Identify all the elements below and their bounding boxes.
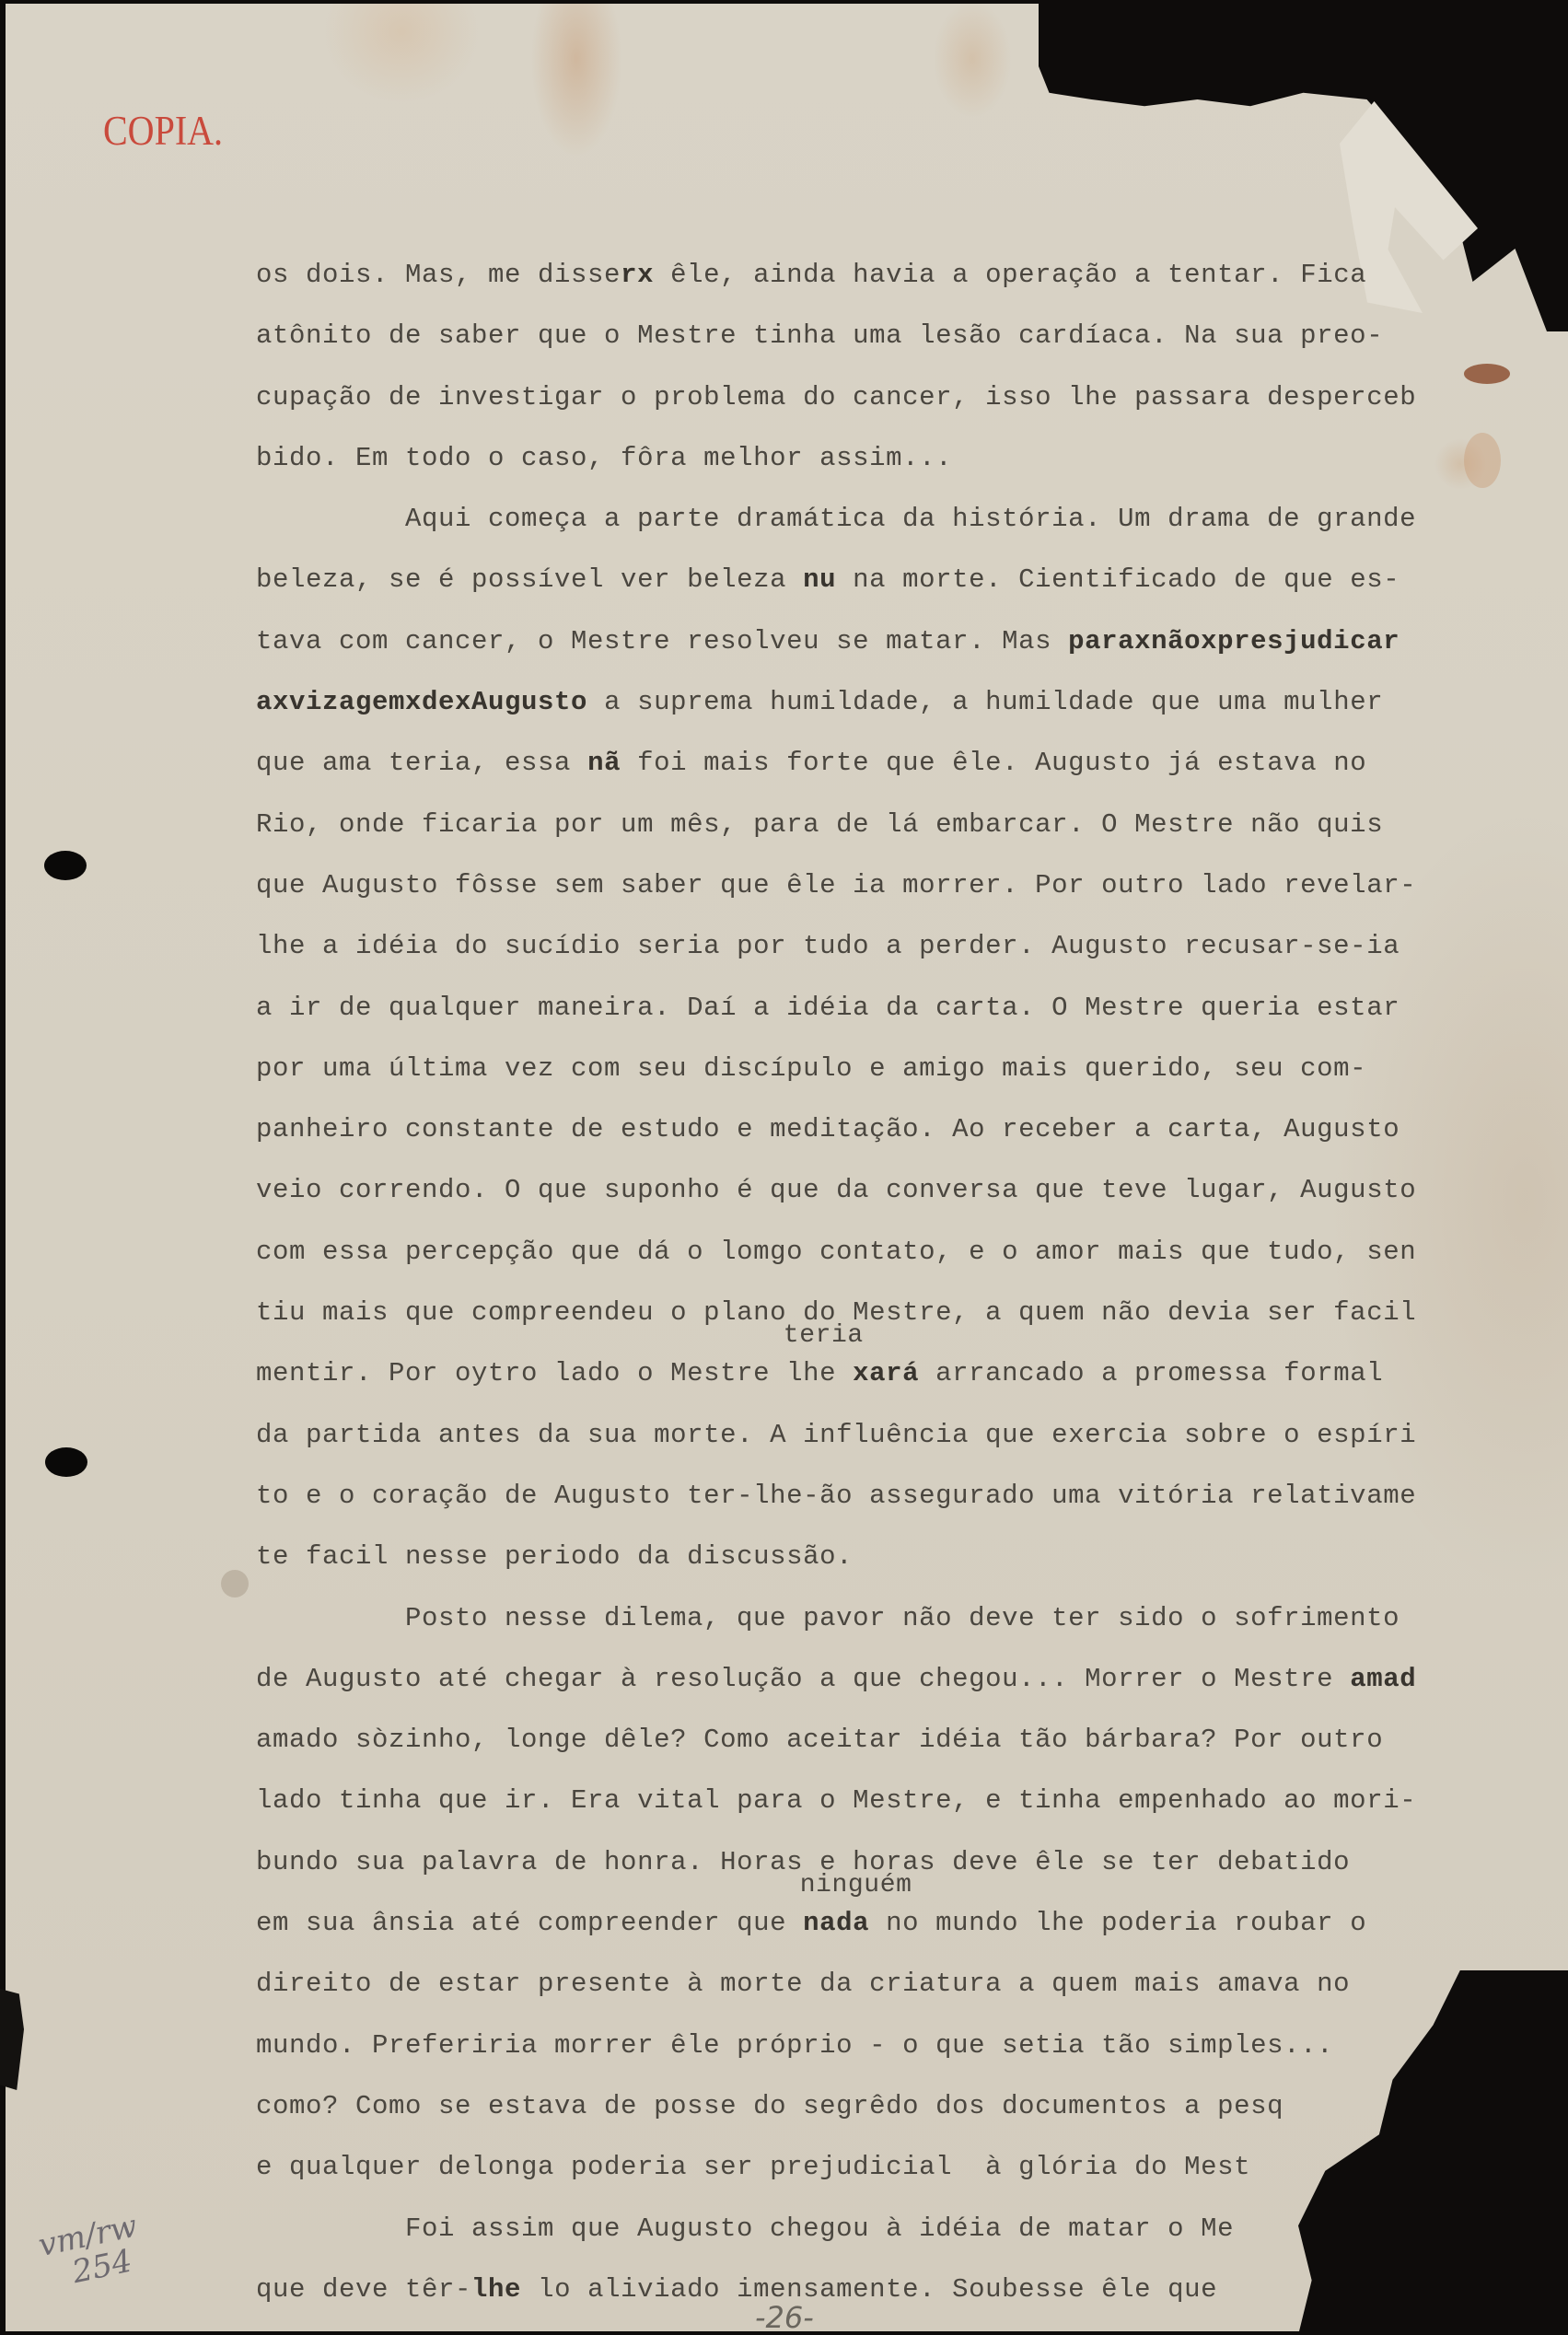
text-line: panheiro constante de estudo e meditação… — [256, 1099, 1563, 1160]
text-line: direito de estar presente à morte da cri… — [256, 1954, 1563, 2015]
text-line: os dois. Mas, me disserx êle, ainda havi… — [256, 245, 1563, 306]
text-line: que deve têr-lhe lo aliviado imensamente… — [256, 2259, 1563, 2320]
struck-out-text: axvizagemxdexAugusto — [256, 687, 587, 717]
text-segment: como? Como se estava de posse do segrêdo… — [256, 2091, 1283, 2121]
text-line: veio correndo. O que suponho é que da co… — [256, 1160, 1563, 1221]
text-line: que Augusto fôsse sem saber que êle ia m… — [256, 855, 1563, 916]
text-segment: te facil nesse periodo da discussão. — [256, 1541, 853, 1572]
text-segment: panheiro constante de estudo e meditação… — [256, 1114, 1400, 1144]
text-line: mundo. Preferiria morrer êle próprio - o… — [256, 2016, 1563, 2076]
text-segment: lo aliviado imensamente. Soubesse êle qu… — [521, 2274, 1217, 2305]
text-segment: êle, ainda havia a operação a tentar. Fi… — [654, 260, 1366, 290]
text-line: e qualquer delonga poderia ser prejudici… — [256, 2137, 1563, 2198]
text-line: amado sòzinho, longe dêle? Como aceitar … — [256, 1710, 1563, 1771]
text-segment: que deve têr- — [256, 2274, 471, 2305]
typewritten-body: os dois. Mas, me disserx êle, ainda havi… — [256, 245, 1563, 2320]
text-line: te facil nesse periodo da discussão. — [256, 1527, 1563, 1587]
struck-out-text: rx — [621, 260, 654, 290]
text-segment: no mundo lhe poderia roubar o — [869, 1908, 1366, 1938]
text-segment: Foi assim que Augusto chegou à idéia de … — [405, 2213, 1234, 2244]
text-segment: a ir de qualquer maneira. Daí a idéia da… — [256, 993, 1400, 1023]
text-segment: bido. Em todo o caso, fôra melhor assim.… — [256, 443, 952, 473]
text-segment: que ama teria, essa — [256, 748, 587, 778]
text-line: da partida antes da sua morte. A influên… — [256, 1405, 1563, 1466]
text-line: tiu mais que compreendeu o plano do Mest… — [256, 1283, 1563, 1343]
text-line: como? Como se estava de posse do segrêdo… — [256, 2076, 1563, 2137]
text-line: de Augusto até chegar à resolução a que … — [256, 1649, 1563, 1710]
text-segment: lado tinha que ir. Era vital para o Mest… — [256, 1785, 1416, 1816]
text-line: Posto nesse dilema, que pavor não deve t… — [256, 1588, 1563, 1649]
text-segment: mundo. Preferiria morrer êle próprio - o… — [256, 2030, 1333, 2061]
text-segment: na morte. Cientificado de que es- — [836, 564, 1400, 595]
text-line: em sua ânsia até compreender que nada no… — [256, 1893, 1563, 1954]
punch-hole-upper — [44, 851, 87, 880]
struck-out-text: amad — [1350, 1664, 1416, 1694]
interlinear-correction: teria — [784, 1323, 864, 1349]
text-segment: da partida antes da sua morte. A influên… — [256, 1420, 1416, 1450]
text-segment: cupação de investigar o problema do canc… — [256, 382, 1416, 412]
struck-out-text: nu — [803, 564, 836, 595]
text-line: atônito de saber que o Mestre tinha uma … — [256, 306, 1563, 366]
struck-out-text: lhe — [471, 2274, 521, 2305]
text-segment: arrancado a promessa formal — [919, 1358, 1383, 1388]
text-line: por uma última vez com seu discípulo e a… — [256, 1039, 1563, 1099]
text-segment: de Augusto até chegar à resolução a que … — [256, 1664, 1350, 1694]
page-number: -26- — [755, 2300, 814, 2335]
punch-hole-lower — [45, 1447, 87, 1477]
struck-out-text: paraxnãoxpresjudicar — [1068, 626, 1400, 656]
text-line: cupação de investigar o problema do canc… — [256, 367, 1563, 428]
text-line: Foi assim que Augusto chegou à idéia de … — [256, 2199, 1563, 2259]
text-line: com essa percepção que dá o lomgo contat… — [256, 1222, 1563, 1283]
text-segment: que Augusto fôsse sem saber que êle ia m… — [256, 870, 1416, 900]
struck-out-text: nã — [587, 748, 621, 778]
text-line: que ama teria, essa nã foi mais forte qu… — [256, 733, 1563, 794]
text-line: bido. Em todo o caso, fôra melhor assim.… — [256, 428, 1563, 489]
text-segment: lhe a idéia do sucídio seria por tudo a … — [256, 931, 1400, 961]
text-segment: direito de estar presente à morte da cri… — [256, 1969, 1350, 1999]
text-line: mentir. Por oytro lado o Mestre lhe xará… — [256, 1343, 1563, 1404]
text-segment: amado sòzinho, longe dêle? Como aceitar … — [256, 1725, 1383, 1755]
text-segment: com essa percepção que dá o lomgo contat… — [256, 1237, 1416, 1267]
text-line: axvizagemxdexAugusto a suprema humildade… — [256, 672, 1563, 733]
text-line: lado tinha que ir. Era vital para o Mest… — [256, 1771, 1563, 1831]
text-segment: beleza, se é possível ver beleza — [256, 564, 803, 595]
text-line: to e o coração de Augusto ter-lhe-ão ass… — [256, 1466, 1563, 1527]
text-line: Aqui começa a parte dramática da históri… — [256, 489, 1563, 550]
struck-out-text: xará — [853, 1358, 919, 1388]
text-line: beleza, se é possível ver beleza nu na m… — [256, 550, 1563, 610]
text-segment: por uma última vez com seu discípulo e a… — [256, 1053, 1366, 1084]
text-line: lhe a idéia do sucídio seria por tudo a … — [256, 916, 1563, 977]
text-segment: tava com cancer, o Mestre resolveu se ma… — [256, 626, 1068, 656]
paper-stain — [221, 1570, 249, 1597]
text-segment: em sua ânsia até compreender que — [256, 1908, 803, 1938]
text-segment: e qualquer delonga poderia ser prejudici… — [256, 2152, 1250, 2182]
text-segment: os dois. Mas, me disse — [256, 260, 621, 290]
text-segment: Posto nesse dilema, que pavor não deve t… — [405, 1603, 1400, 1633]
struck-out-text: nada — [803, 1908, 869, 1938]
text-line: Rio, onde ficaria por um mês, para de lá… — [256, 795, 1563, 855]
text-line: tava com cancer, o Mestre resolveu se ma… — [256, 611, 1563, 672]
text-segment: Rio, onde ficaria por um mês, para de lá… — [256, 809, 1383, 840]
text-segment: Aqui começa a parte dramática da históri… — [405, 504, 1416, 534]
text-segment: a suprema humildade, a humildade que uma… — [587, 687, 1383, 717]
text-line: a ir de qualquer maneira. Daí a idéia da… — [256, 978, 1563, 1039]
text-segment: atônito de saber que o Mestre tinha uma … — [256, 320, 1383, 351]
text-segment: mentir. Por oytro lado o Mestre lhe — [256, 1358, 853, 1388]
text-segment: to e o coração de Augusto ter-lhe-ão ass… — [256, 1481, 1416, 1511]
interlinear-correction: ninguém — [800, 1873, 912, 1899]
text-segment: veio correndo. O que suponho é que da co… — [256, 1175, 1416, 1205]
copy-stamp: COPIA. — [103, 105, 223, 155]
text-segment: foi mais forte que êle. Augusto já estav… — [621, 748, 1366, 778]
